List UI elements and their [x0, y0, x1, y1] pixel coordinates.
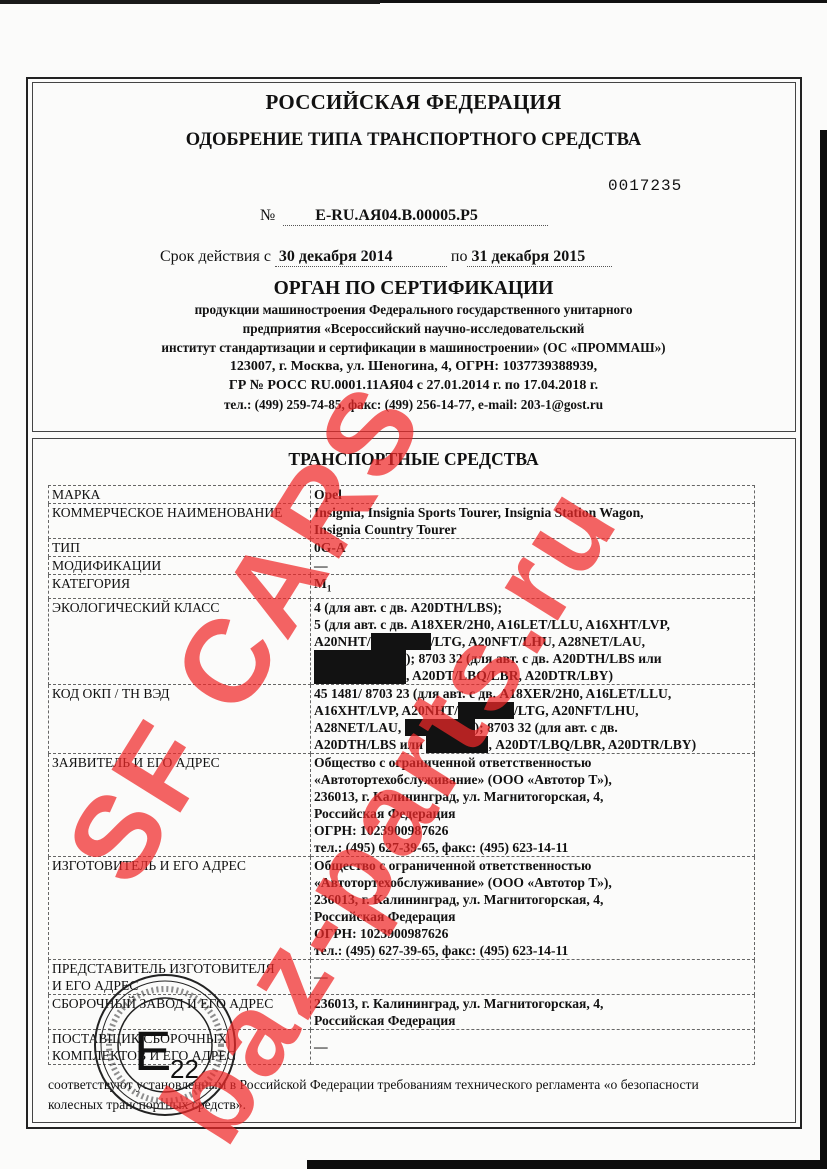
redaction — [458, 702, 514, 719]
key-line: И ЕГО АДРЕС — [52, 977, 307, 994]
table-row: ТИП 0G-A — [49, 539, 755, 557]
value-line: 236013, г. Калининград, ул. Магнитогорск… — [314, 995, 751, 1012]
redaction — [405, 719, 475, 736]
row-value: — — [311, 959, 755, 994]
row-key: МОДИФИКАЦИИ — [49, 557, 311, 575]
value-line: тел.: (495) 627-39-65, факс: (495) 623-1… — [314, 942, 751, 959]
cb-line: ГР № РОСС RU.0001.11АЯ04 с 27.01.2014 г.… — [0, 376, 827, 395]
value-line: Российская Федерация — [314, 805, 751, 822]
document-type-title: ОДОБРЕНИЕ ТИПА ТРАНСПОРТНОГО СРЕДСТВА — [0, 130, 827, 151]
conformity-line: соответствуют установленным в Российской… — [48, 1075, 768, 1095]
row-value: Insignia, Insignia Sports Tourer, Insign… — [311, 504, 755, 539]
value-line: 5 (для авт. с дв. A18XER/2H0, A16LET/LLU… — [314, 616, 751, 633]
value-line: Общество с ограниченной ответственностью — [314, 857, 751, 874]
row-key: МАРКА — [49, 486, 311, 504]
value-line: 236013, г. Калининград, ул. Магнитогорск… — [314, 891, 751, 908]
row-key: ЭКОЛОГИЧЕСКИЙ КЛАСС — [49, 598, 311, 684]
value-line: ); 8703 32 (для авт. с дв. A20DTH/LBS ил… — [314, 650, 751, 667]
serial-number: 0017235 — [608, 177, 682, 195]
cb-line: предприятия «Всероссийский научно-исслед… — [0, 319, 827, 338]
value-part: /LTG, A20NFT/LHU, — [514, 703, 639, 718]
table-row: ЭКОЛОГИЧЕСКИЙ КЛАСС 4 (для авт. с дв. A2… — [49, 598, 755, 684]
row-value: Общество с ограниченной ответственностью… — [311, 753, 755, 856]
value-line: 4 (для авт. с дв. A20DTH/LBS); — [314, 599, 751, 616]
value-part: A16XHT/LVP, A20NHT/ — [314, 703, 458, 718]
cb-line: продукции машиностроения Федерального го… — [0, 300, 827, 319]
value-line: A20NHT/ /LTG, A20NFT/LHU, A28NET/LAU, — [314, 633, 751, 650]
value-part: , A20DT/LBQ/LBR, A20DTR/LBY) — [488, 737, 696, 752]
scan-edge-top-left — [0, 0, 380, 4]
certification-body-title: ОРГАН ПО СЕРТИФИКАЦИИ — [0, 278, 827, 300]
category-letter: M — [314, 576, 327, 591]
table-row: КОММЕРЧЕСКОЕ НАИМЕНОВАНИЕ Insignia, Insi… — [49, 504, 755, 539]
table-row: ИЗГОТОВИТЕЛЬ И ЕГО АДРЕС Общество с огра… — [49, 856, 755, 959]
value-line: A16XHT/LVP, A20NHT/ /LTG, A20NFT/LHU, — [314, 702, 751, 719]
row-key: ИЗГОТОВИТЕЛЬ И ЕГО АДРЕС — [49, 856, 311, 959]
value-line: ОГРН: 1023900987626 — [314, 822, 751, 839]
row-key: КОД ОКП / ТН ВЭД — [49, 684, 311, 753]
validity-label: Срок действия с — [160, 248, 271, 265]
cb-line: институт стандартизации и сертификации в… — [0, 338, 827, 357]
validity-line: Срок действия с 30 декабря 2014 по31 дек… — [160, 248, 612, 267]
country-title: РОССИЙСКАЯ ФЕДЕРАЦИЯ — [0, 90, 827, 115]
redaction — [371, 633, 431, 650]
validity-to-label: по — [451, 248, 468, 265]
redaction — [426, 736, 488, 753]
value-part: ); 8703 32 (для авт. с дв. — [475, 720, 618, 735]
value-line: A20DTH/LBS или , A20DT/LBQ/LBR, A20DTR/L… — [314, 736, 751, 753]
value-line: A28NET/LAU, ); 8703 32 (для авт. с дв. — [314, 719, 751, 736]
valid-from: 30 декабря 2014 — [275, 248, 447, 267]
cb-line: 123007, г. Москва, ул. Шеногина, 4, ОГРН… — [0, 357, 827, 376]
row-value: — — [311, 557, 755, 575]
value-part: /LTG, A20NFT/LHU, A28NET/LAU, — [431, 634, 645, 649]
approval-number: E-RU.АЯ04.B.00005.P5 — [283, 207, 548, 226]
row-value: 45 1481/ 8703 23 (для авт. с дв. A18XER/… — [311, 684, 755, 753]
redaction — [314, 667, 406, 684]
row-key: ПОСТАВЩИК СБОРОЧНЫХ КОМПЛЕКТОВ И ЕГО АДР… — [49, 1029, 311, 1064]
row-key: ТИП — [49, 539, 311, 557]
value-line: Российская Федерация — [314, 1012, 751, 1029]
conformity-line: колесных транспортных средств». — [48, 1095, 768, 1115]
key-line: КОМПЛЕКТОВ И ЕГО АДРЕС — [52, 1047, 307, 1064]
value-line: Общество с ограниченной ответственностью — [314, 754, 751, 771]
value-line: тел.: (495) 627-39-65, факс: (495) 623-1… — [314, 839, 751, 856]
valid-to: 31 декабря 2015 — [467, 248, 612, 267]
row-value: M1 — [311, 575, 755, 599]
value-part: A20NHT/ — [314, 634, 371, 649]
row-key: ЗАЯВИТЕЛЬ И ЕГО АДРЕС — [49, 753, 311, 856]
value-line: «Автотортехобслуживание» (ООО «Автотор Т… — [314, 771, 751, 788]
row-value: — — [311, 1029, 755, 1064]
row-value: Общество с ограниченной ответственностью… — [311, 856, 755, 959]
row-value: 4 (для авт. с дв. A20DTH/LBS); 5 (для ав… — [311, 598, 755, 684]
conformity-statement: соответствуют установленным в Российской… — [48, 1075, 768, 1115]
table-row: ПРЕДСТАВИТЕЛЬ ИЗГОТОВИТЕЛЯ И ЕГО АДРЕС — — [49, 959, 755, 994]
table-row: ПОСТАВЩИК СБОРОЧНЫХ КОМПЛЕКТОВ И ЕГО АДР… — [49, 1029, 755, 1064]
row-value: 236013, г. Калининград, ул. Магнитогорск… — [311, 994, 755, 1029]
key-line: ПОСТАВЩИК СБОРОЧНЫХ — [52, 1030, 307, 1047]
approval-number-line: №E-RU.АЯ04.B.00005.P5 — [260, 207, 548, 226]
value-line: Российская Федерация — [314, 908, 751, 925]
key-line: ПРЕДСТАВИТЕЛЬ ИЗГОТОВИТЕЛЯ — [52, 960, 307, 977]
table-row: КАТЕГОРИЯ M1 — [49, 575, 755, 599]
value-line: «Автотортехобслуживание» (ООО «Автотор Т… — [314, 874, 751, 891]
value-part: A20DTH/LBS или — [314, 737, 426, 752]
value-part: A28NET/LAU, — [314, 720, 405, 735]
row-key: КАТЕГОРИЯ — [49, 575, 311, 599]
number-label: № — [260, 207, 275, 224]
row-key: КОММЕРЧЕСКОЕ НАИМЕНОВАНИЕ — [49, 504, 311, 539]
table-row: МОДИФИКАЦИИ — — [49, 557, 755, 575]
table-row: МАРКА Opel — [49, 486, 755, 504]
table-row: СБОРОЧНЫЙ ЗАВОД И ЕГО АДРЕС 236013, г. К… — [49, 994, 755, 1029]
category-subscript: 1 — [327, 584, 332, 594]
redaction — [314, 650, 406, 667]
row-value: 0G-A — [311, 539, 755, 557]
value-line: Insignia Country Tourer — [314, 521, 751, 538]
value-part: ); 8703 32 (для авт. с дв. A20DTH/LBS ил… — [406, 651, 662, 666]
value-line: 45 1481/ 8703 23 (для авт. с дв. A18XER/… — [314, 685, 751, 702]
row-key: СБОРОЧНЫЙ ЗАВОД И ЕГО АДРЕС — [49, 994, 311, 1029]
table-row: ЗАЯВИТЕЛЬ И ЕГО АДРЕС Общество с огранич… — [49, 753, 755, 856]
value-line: ОГРН: 1023900987626 — [314, 925, 751, 942]
row-value: Opel — [311, 486, 755, 504]
cb-line: тел.: (499) 259-74-85, факс: (499) 256-1… — [0, 395, 827, 414]
row-key: ПРЕДСТАВИТЕЛЬ ИЗГОТОВИТЕЛЯ И ЕГО АДРЕС — [49, 959, 311, 994]
certification-body-details: продукции машиностроения Федерального го… — [0, 300, 827, 414]
value-line: 236013, г. Калининград, ул. Магнитогорск… — [314, 788, 751, 805]
scan-edge-bottom — [307, 1160, 827, 1169]
value-part: , A20DT/LBQ/LBR, A20DTR/LBY) — [406, 668, 613, 683]
vehicle-spec-table: МАРКА Opel КОММЕРЧЕСКОЕ НАИМЕНОВАНИЕ Ins… — [48, 485, 755, 1065]
value-line: , A20DT/LBQ/LBR, A20DTR/LBY) — [314, 667, 751, 684]
vehicles-title: ТРАНСПОРТНЫЕ СРЕДСТВА — [0, 449, 827, 470]
table-row: КОД ОКП / ТН ВЭД 45 1481/ 8703 23 (для а… — [49, 684, 755, 753]
value-line: Insignia, Insignia Sports Tourer, Insign… — [314, 504, 751, 521]
